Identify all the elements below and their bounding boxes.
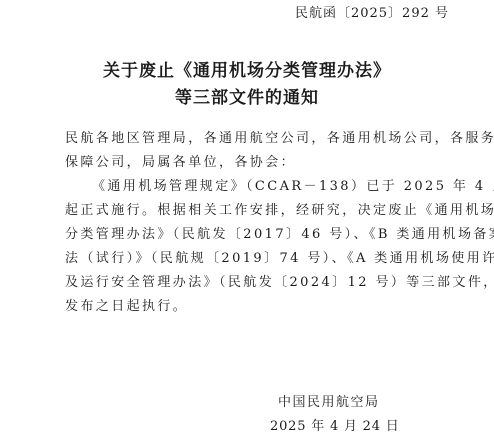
body-line: 及运行安全管理办法》（民航发〔2024〕12 号）等三部文件，自: [65, 271, 435, 295]
body-paragraph: 《通用机场管理规定》（CCAR－138）已于 2025 年 4 月 1 日 起正…: [65, 175, 435, 319]
body-line: 法（试行）》（民航规〔2019〕74 号）、《A 类通用机场使用许可: [65, 247, 435, 271]
document-number: 民航函〔2025〕292 号: [295, 6, 449, 22]
signature-date: 2025 年 4 月 24 日: [270, 419, 400, 435]
salutation-line: 民航各地区管理局，各通用航空公司，各通用机场公司，各服务: [65, 127, 435, 151]
document-title-line-2: 等三部文件的通知: [0, 87, 494, 109]
body-line: 《通用机场管理规定》（CCAR－138）已于 2025 年 4 月 1 日: [65, 175, 435, 199]
body-line: 发布之日起执行。: [65, 295, 435, 319]
body-line: 分类管理办法》（民航发〔2017〕46 号）、《B 类通用机场备案办: [65, 223, 435, 247]
salutation: 民航各地区管理局，各通用航空公司，各通用机场公司，各服务 保障公司，局属各单位，…: [65, 127, 435, 175]
document-title-line-1: 关于废止《通用机场分类管理办法》: [0, 60, 494, 82]
signature-organization: 中国民用航空局: [278, 395, 380, 411]
body-line: 起正式施行。根据相关工作安排，经研究，决定废止《通用机场: [65, 199, 435, 223]
salutation-line: 保障公司，局属各单位，各协会：: [65, 151, 435, 175]
